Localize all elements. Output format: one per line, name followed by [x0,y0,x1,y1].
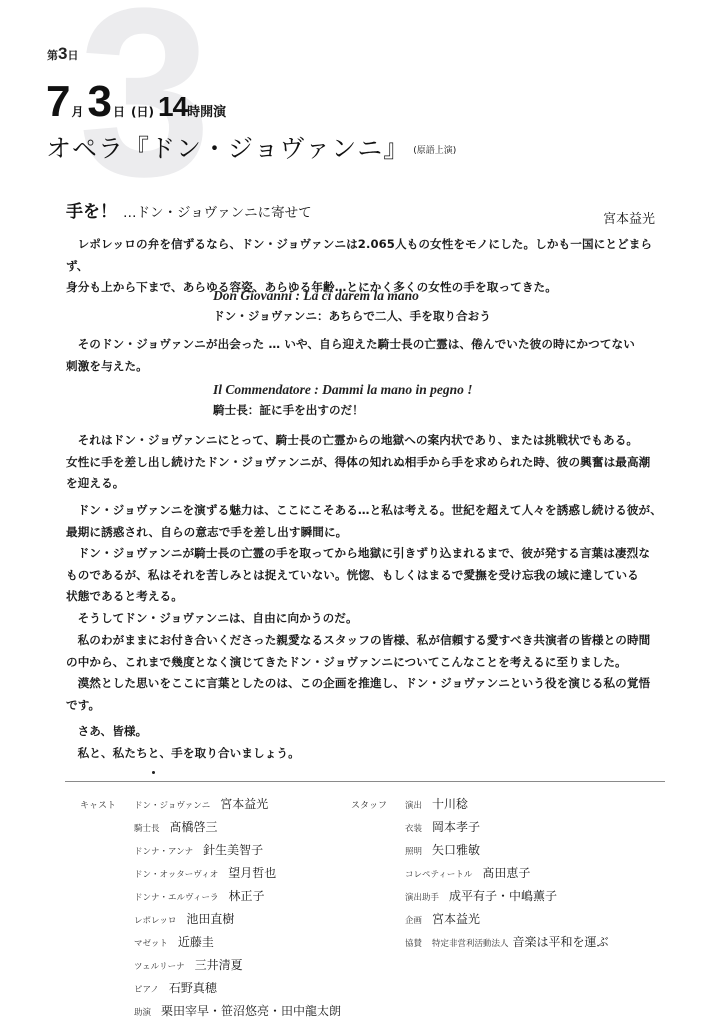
month: 7 [46,77,69,126]
essay-author: 宮本益光 [603,208,655,227]
closing: さあ、皆様。 私と、私たちと、手を取り合いましょう。 [66,721,666,764]
cast-row: ドン・オッターヴィオ望月哲也 [134,863,341,886]
quote-japanese: ドン・ジョヴァンニ：あちらで二人、手を取り合おう [213,306,491,326]
paragraph-line: そうしてドン・ジョヴァンニは、自由に向かうのだ。 [66,608,666,630]
paragraph-line: の中から、これまで幾度となく演じてきたドン・ジョヴァンニについてこんなことを考え… [66,652,666,674]
cast-name: 望月哲也 [228,866,276,880]
closing-line: さあ、皆様。 [66,721,666,743]
cast-name: 栗田宰早・笹沼悠亮・田中龍太朗 [161,1004,341,1018]
cast-row: ドンナ・アンナ針生美智子 [134,840,341,863]
cast-role: マゼット [134,939,168,949]
language-note: (原語上演) [413,146,456,156]
paragraph-line: ドン・ジョヴァンニを演ずる魅力は、ここにこそある…と私は考える。世紀を超えて人々… [66,500,666,522]
cast-row: マゼット近藤圭 [134,932,341,955]
quote-italian: Don Giovanni : Là ci darem la mano [213,286,491,306]
staff-list: 演出十川稔 衣装岡本孝子 照明矢口雅敏 コレペティートル髙田恵子 演出助手成平有… [405,794,609,955]
paragraph-line: 漠然とした思いをここに言葉としたのは、この企画を推進し、ドン・ジョヴァンニという… [66,673,666,695]
cast-role: ドンナ・アンナ [134,847,193,857]
staff-name: 髙田恵子 [482,866,530,880]
ink-dot [152,771,155,774]
cast-name: 池田直樹 [186,912,234,926]
staff-role: 企画 [405,916,422,926]
section-divider [65,781,665,782]
opera-title-text: オペラ『ドン・ジョヴァンニ』 [46,134,409,163]
cast-role: ツェルリーナ [134,962,185,972]
paragraph-line: ドン・ジョヴァンニが騎士長の亡霊の手を取ってから地獄に引きずり込まれるまで、彼が… [66,543,666,565]
paragraph-line: 女性に手を差し出し続けたドン・ジョヴァンニが、得体の知れぬ相手から手を求められた… [66,452,666,474]
staff-row: 演出助手成平有子・中嶋薫子 [405,886,609,909]
cast-name: 林正子 [229,889,265,903]
day-label: 第3日 [47,44,78,64]
paragraph-line: を迎える。 [66,473,666,495]
paragraph-line: レポレッロの弁を信ずるなら、ドン・ジョヴァンニは2.065人もの女性をモノにした… [66,234,666,277]
cast-list: ドン・ジョヴァンニ宮本益光 騎士長髙橋啓三 ドンナ・アンナ針生美智子 ドン・オッ… [134,794,341,1024]
opera-title: オペラ『ドン・ジョヴァンニ』(原語上演) [46,129,456,165]
staff-role: 照明 [405,847,422,857]
staff-row: 演出十川稔 [405,794,609,817]
cast-role: 騎士長 [134,824,160,834]
quote-commendatore: Il Commendatore : Dammi la mano in pegno… [213,380,473,420]
essay-title: 手を！…ドン・ジョヴァンニに寄せて [66,197,312,222]
month-unit: 月 [71,105,83,119]
staff-row: 照明矢口雅敏 [405,840,609,863]
staff-role: 演出助手 [405,893,439,903]
cast-name: 三井清夏 [195,958,243,972]
quote-japanese: 騎士長：証に手を出すのだ！ [213,400,473,420]
cast-row: 助演栗田宰早・笹沼悠亮・田中龍太朗 [134,1001,341,1024]
cast-row: 騎士長髙橋啓三 [134,817,341,840]
cast-role: ドン・ジョヴァンニ [134,801,210,811]
cast-name: 石野真穂 [169,981,217,995]
cast-role: ドンナ・エルヴィーラ [134,893,219,903]
cast-role: 助演 [134,1008,151,1018]
cast-row: ドンナ・エルヴィーラ林正子 [134,886,341,909]
paragraph-4: ドン・ジョヴァンニを演ずる魅力は、ここにこそある…と私は考える。世紀を超えて人々… [66,500,666,629]
paragraph-3: それはドン・ジョヴァンニにとって、騎士長の亡霊からの地獄への案内状であり、または… [66,430,666,495]
date: 3 [88,77,111,126]
staff-name: 岡本孝子 [432,820,480,834]
staff-label: スタッフ [351,801,387,811]
essay-subtitle: …ドン・ジョヴァンニに寄せて [123,205,312,221]
paragraph-line: ものであるが、私はそれを苦しみとは捉えていない。恍惚、もしくはまるで愛撫を受け忘… [66,565,666,587]
paragraph-7: 私のわがままにお付き合いくださった親愛なるスタッフの皆様、私が信頼する愛すべき共… [66,630,666,716]
staff-name: 音楽は平和を運ぶ [513,935,609,949]
cast-row: ピアノ石野真穂 [134,978,341,1001]
paragraph-line: 私のわがままにお付き合いくださった親愛なるスタッフの皆様、私が信頼する愛すべき共… [66,630,666,652]
cast-name: 近藤圭 [178,935,214,949]
staff-name: 十川稔 [432,797,468,811]
essay-title-main: 手を！ [66,202,117,222]
cast-row: レポレッロ池田直樹 [134,909,341,932]
day-suffix: 日 [67,49,78,62]
cast-name: 宮本益光 [220,797,268,811]
staff-heading: スタッフ [351,794,387,817]
performance-date: 7月3日(日)14時開演 [46,80,226,124]
start-hour: 14 [158,91,187,122]
paragraph-line: 状態であると考える。 [66,586,666,608]
weekday: (日) [131,105,154,119]
cast-row: ツェルリーナ三井清夏 [134,955,341,978]
staff-role: 協賛 [405,939,422,949]
sponsor-org-type: 特定非営利活動法人 [432,939,509,949]
cast-label: キャスト [80,801,116,811]
quote-italian: Il Commendatore : Dammi la mano in pegno… [213,380,473,400]
cast-name: 髙橋啓三 [170,820,218,834]
paragraph-line: それはドン・ジョヴァンニにとって、騎士長の亡霊からの地獄への案内状であり、または… [66,430,666,452]
paragraph-line: そのドン・ジョヴァンニが出会った … いや、自ら迎えた騎士長の亡霊は、倦んでいた… [66,334,666,356]
date-unit: 日 [113,105,125,119]
staff-role: 演出 [405,801,422,811]
paragraph-2: そのドン・ジョヴァンニが出会った … いや、自ら迎えた騎士長の亡霊は、倦んでいた… [66,334,666,377]
staff-row: コレペティートル髙田恵子 [405,863,609,886]
paragraph-line: 刺激を与えた。 [66,356,666,378]
paragraph-line: 最期に誘惑され、自らの意志で手を差し出す瞬間に。 [66,522,666,544]
start-label: 時開演 [187,105,226,120]
cast-name: 針生美智子 [203,843,263,857]
day-prefix: 第 [47,49,58,62]
staff-name: 矢口雅敏 [432,843,480,857]
staff-row: 衣装岡本孝子 [405,817,609,840]
cast-role: ピアノ [134,985,159,995]
cast-role: ドン・オッターヴィオ [134,870,218,880]
quote-don-giovanni: Don Giovanni : Là ci darem la mano ドン・ジョ… [213,286,491,326]
staff-name: 成平有子・中嶋薫子 [449,889,557,903]
cast-heading: キャスト [80,794,116,817]
staff-name: 宮本益光 [432,912,480,926]
staff-role: コレペティートル [405,870,472,880]
paragraph-line: です。 [66,695,666,717]
cast-role: レポレッロ [134,916,176,926]
staff-row: 協賛特定非営利活動法人音楽は平和を運ぶ [405,932,609,955]
staff-role: 衣装 [405,824,422,834]
staff-row: 企画宮本益光 [405,909,609,932]
cast-row: ドン・ジョヴァンニ宮本益光 [134,794,341,817]
closing-line: 私と、私たちと、手を取り合いましょう。 [66,743,666,765]
